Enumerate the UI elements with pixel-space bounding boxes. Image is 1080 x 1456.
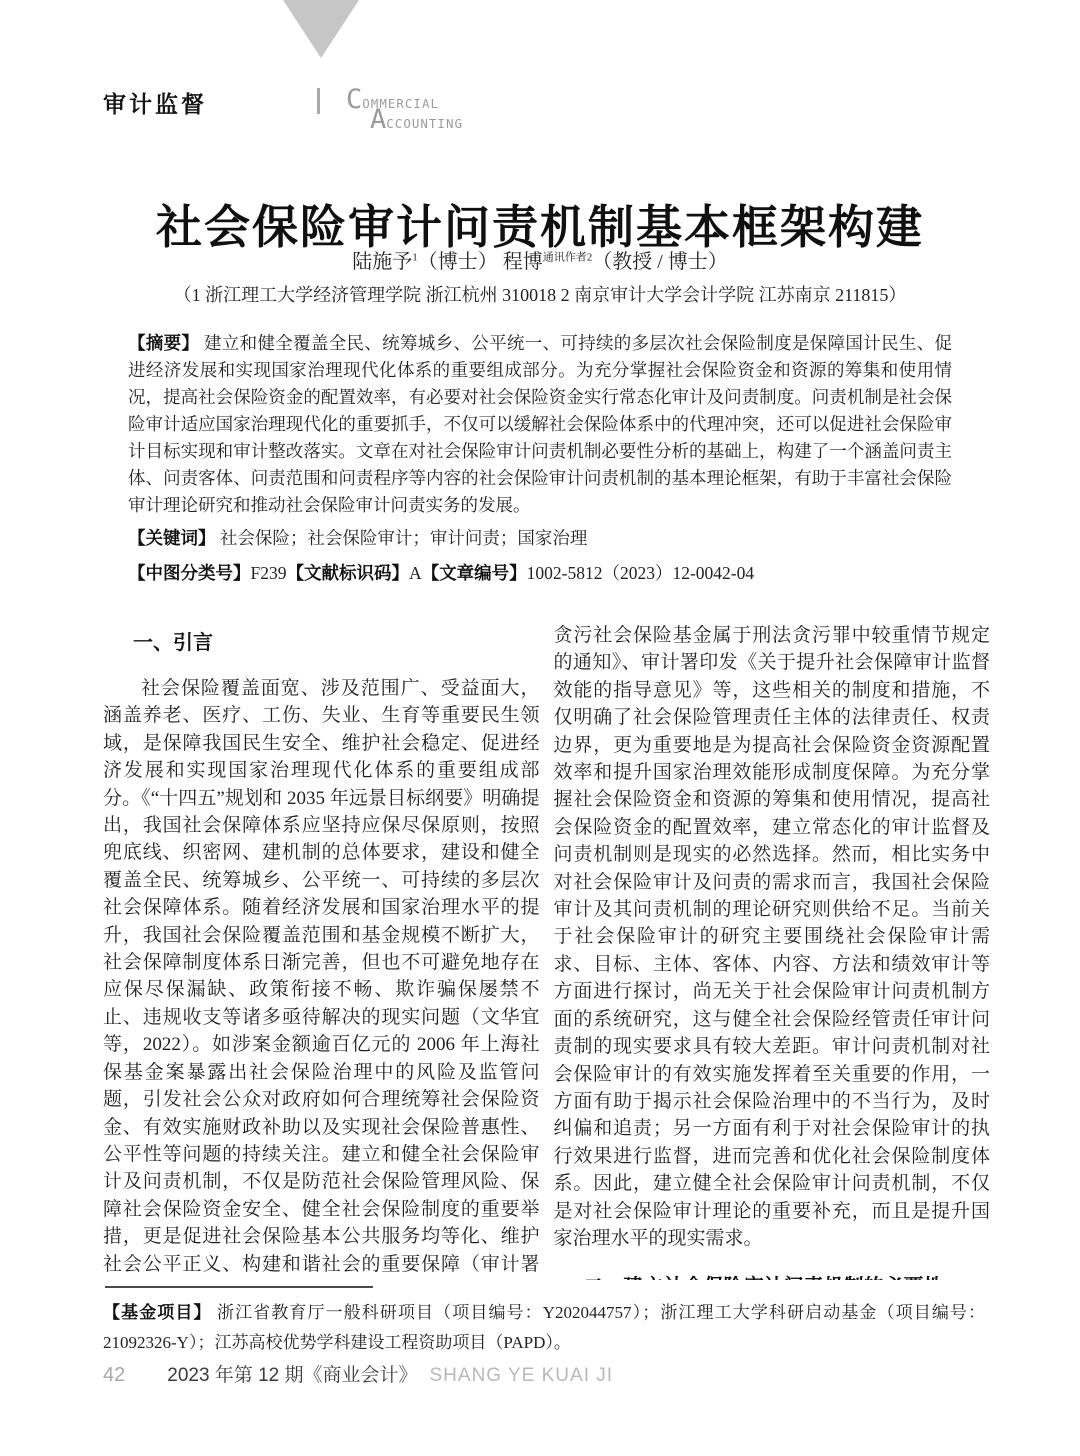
author-1-degree: （博士） <box>418 251 498 273</box>
keywords-text: 社会保险；社会保险审计；审计问责；国家治理 <box>220 528 588 548</box>
doc-code-label: 【文献标识码】 <box>286 563 409 583</box>
clc-label: 【中图分类号】 <box>128 563 251 583</box>
right-continuation-paragraph: 贪污社会保险基金属于刑法贪污罪中较重情节规定的通知》、审计署印发《关于提升社会保… <box>554 622 991 1252</box>
keywords-line: 【关键词】 社会保险；社会保险审计；审计问责；国家治理 <box>128 525 952 552</box>
author-2-name: 程博 <box>503 251 543 273</box>
section-heading-2: 二、建立社会保险审计问责机制的必要性 <box>554 1270 991 1280</box>
logo-initial-c: C <box>346 84 362 115</box>
funding-label: 【基金项目】 <box>103 1303 212 1322</box>
logo-line-accounting: ACCOUNTING <box>370 106 463 133</box>
classification-line: 【中图分类号】F239【文献标识码】A【文章编号】1002-5812（2023）… <box>128 560 952 587</box>
footnote-separator <box>105 1286 373 1288</box>
funding-note: 【基金项目】 浙江省教育厅一般科研项目（项目编号：Y202044757）；浙江理… <box>103 1298 985 1358</box>
journal-logo: COMMERCIAL ACCOUNTING <box>346 86 463 133</box>
header-divider <box>317 88 320 114</box>
keywords-label: 【关键词】 <box>128 528 216 548</box>
affiliation-line: （1 浙江理工大学经济管理学院 浙江杭州 310018 2 南京审计大学会计学院… <box>0 281 1080 307</box>
doc-code-value: A <box>409 563 422 583</box>
journal-issue: 2023 年第 12 期《商业会计》 <box>167 1360 417 1387</box>
article-id-value: 1002-5812（2023）12-0042-04 <box>527 563 754 583</box>
left-column: 一、引言 社会保险覆盖面宽、涉及范围广、受益面大，涵盖养老、医疗、工伤、失业、生… <box>103 622 540 1280</box>
journal-page: 审计监督 COMMERCIAL ACCOUNTING 社会保险审计问责机制基本框… <box>0 0 1080 1456</box>
author-2-superscript: 通讯作者2 <box>543 251 593 263</box>
author-line: 陆施予1（博士） 程博通讯作者2（教授 / 博士） <box>0 245 1080 274</box>
logo-initial-a: A <box>370 104 386 135</box>
page-footer: 42 2023 年第 12 期《商业会计》 SHANG YE KUAI JI <box>103 1360 985 1387</box>
section-label: 审计监督 <box>103 86 317 119</box>
body-columns: 一、引言 社会保险覆盖面宽、涉及范围广、受益面大，涵盖养老、医疗、工伤、失业、生… <box>103 622 990 1280</box>
article-id-label: 【文章编号】 <box>422 563 527 583</box>
top-triangle-decoration <box>283 0 359 58</box>
clc-value: F239 <box>251 563 287 583</box>
page-number: 42 <box>103 1364 125 1387</box>
abstract-block: 【摘要】 建立和健全覆盖全民、统筹城乡、公平统一、可持续的多层次社会保险制度是保… <box>128 330 952 587</box>
funding-text: 浙江省教育厅一般科研项目（项目编号：Y202044757）；浙江理工大学科研启动… <box>103 1303 985 1352</box>
author-1-name: 陆施予 <box>352 251 412 273</box>
logo-rest-accounting: CCOUNTING <box>386 116 463 131</box>
abstract-text: 建立和健全覆盖全民、统筹城乡、公平统一、可持续的多层次社会保险制度是保障国计民生… <box>128 333 952 515</box>
abstract-label: 【摘要】 <box>128 333 199 353</box>
abstract-paragraph: 【摘要】 建立和健全覆盖全民、统筹城乡、公平统一、可持续的多层次社会保险制度是保… <box>128 330 952 519</box>
page-header: 审计监督 COMMERCIAL ACCOUNTING <box>103 86 983 133</box>
section-heading-1: 一、引言 <box>103 626 540 655</box>
journal-pinyin: SHANG YE KUAI JI <box>430 1365 614 1387</box>
author-2-degree: （教授 / 博士） <box>592 251 728 273</box>
right-column: 贪污社会保险基金属于刑法贪污罪中较重情节规定的通知》、审计署印发《关于提升社会保… <box>554 622 991 1280</box>
left-paragraph-1: 社会保险覆盖面宽、涉及范围广、受益面大，涵盖养老、医疗、工伤、失业、生育等重要民… <box>103 675 540 1280</box>
